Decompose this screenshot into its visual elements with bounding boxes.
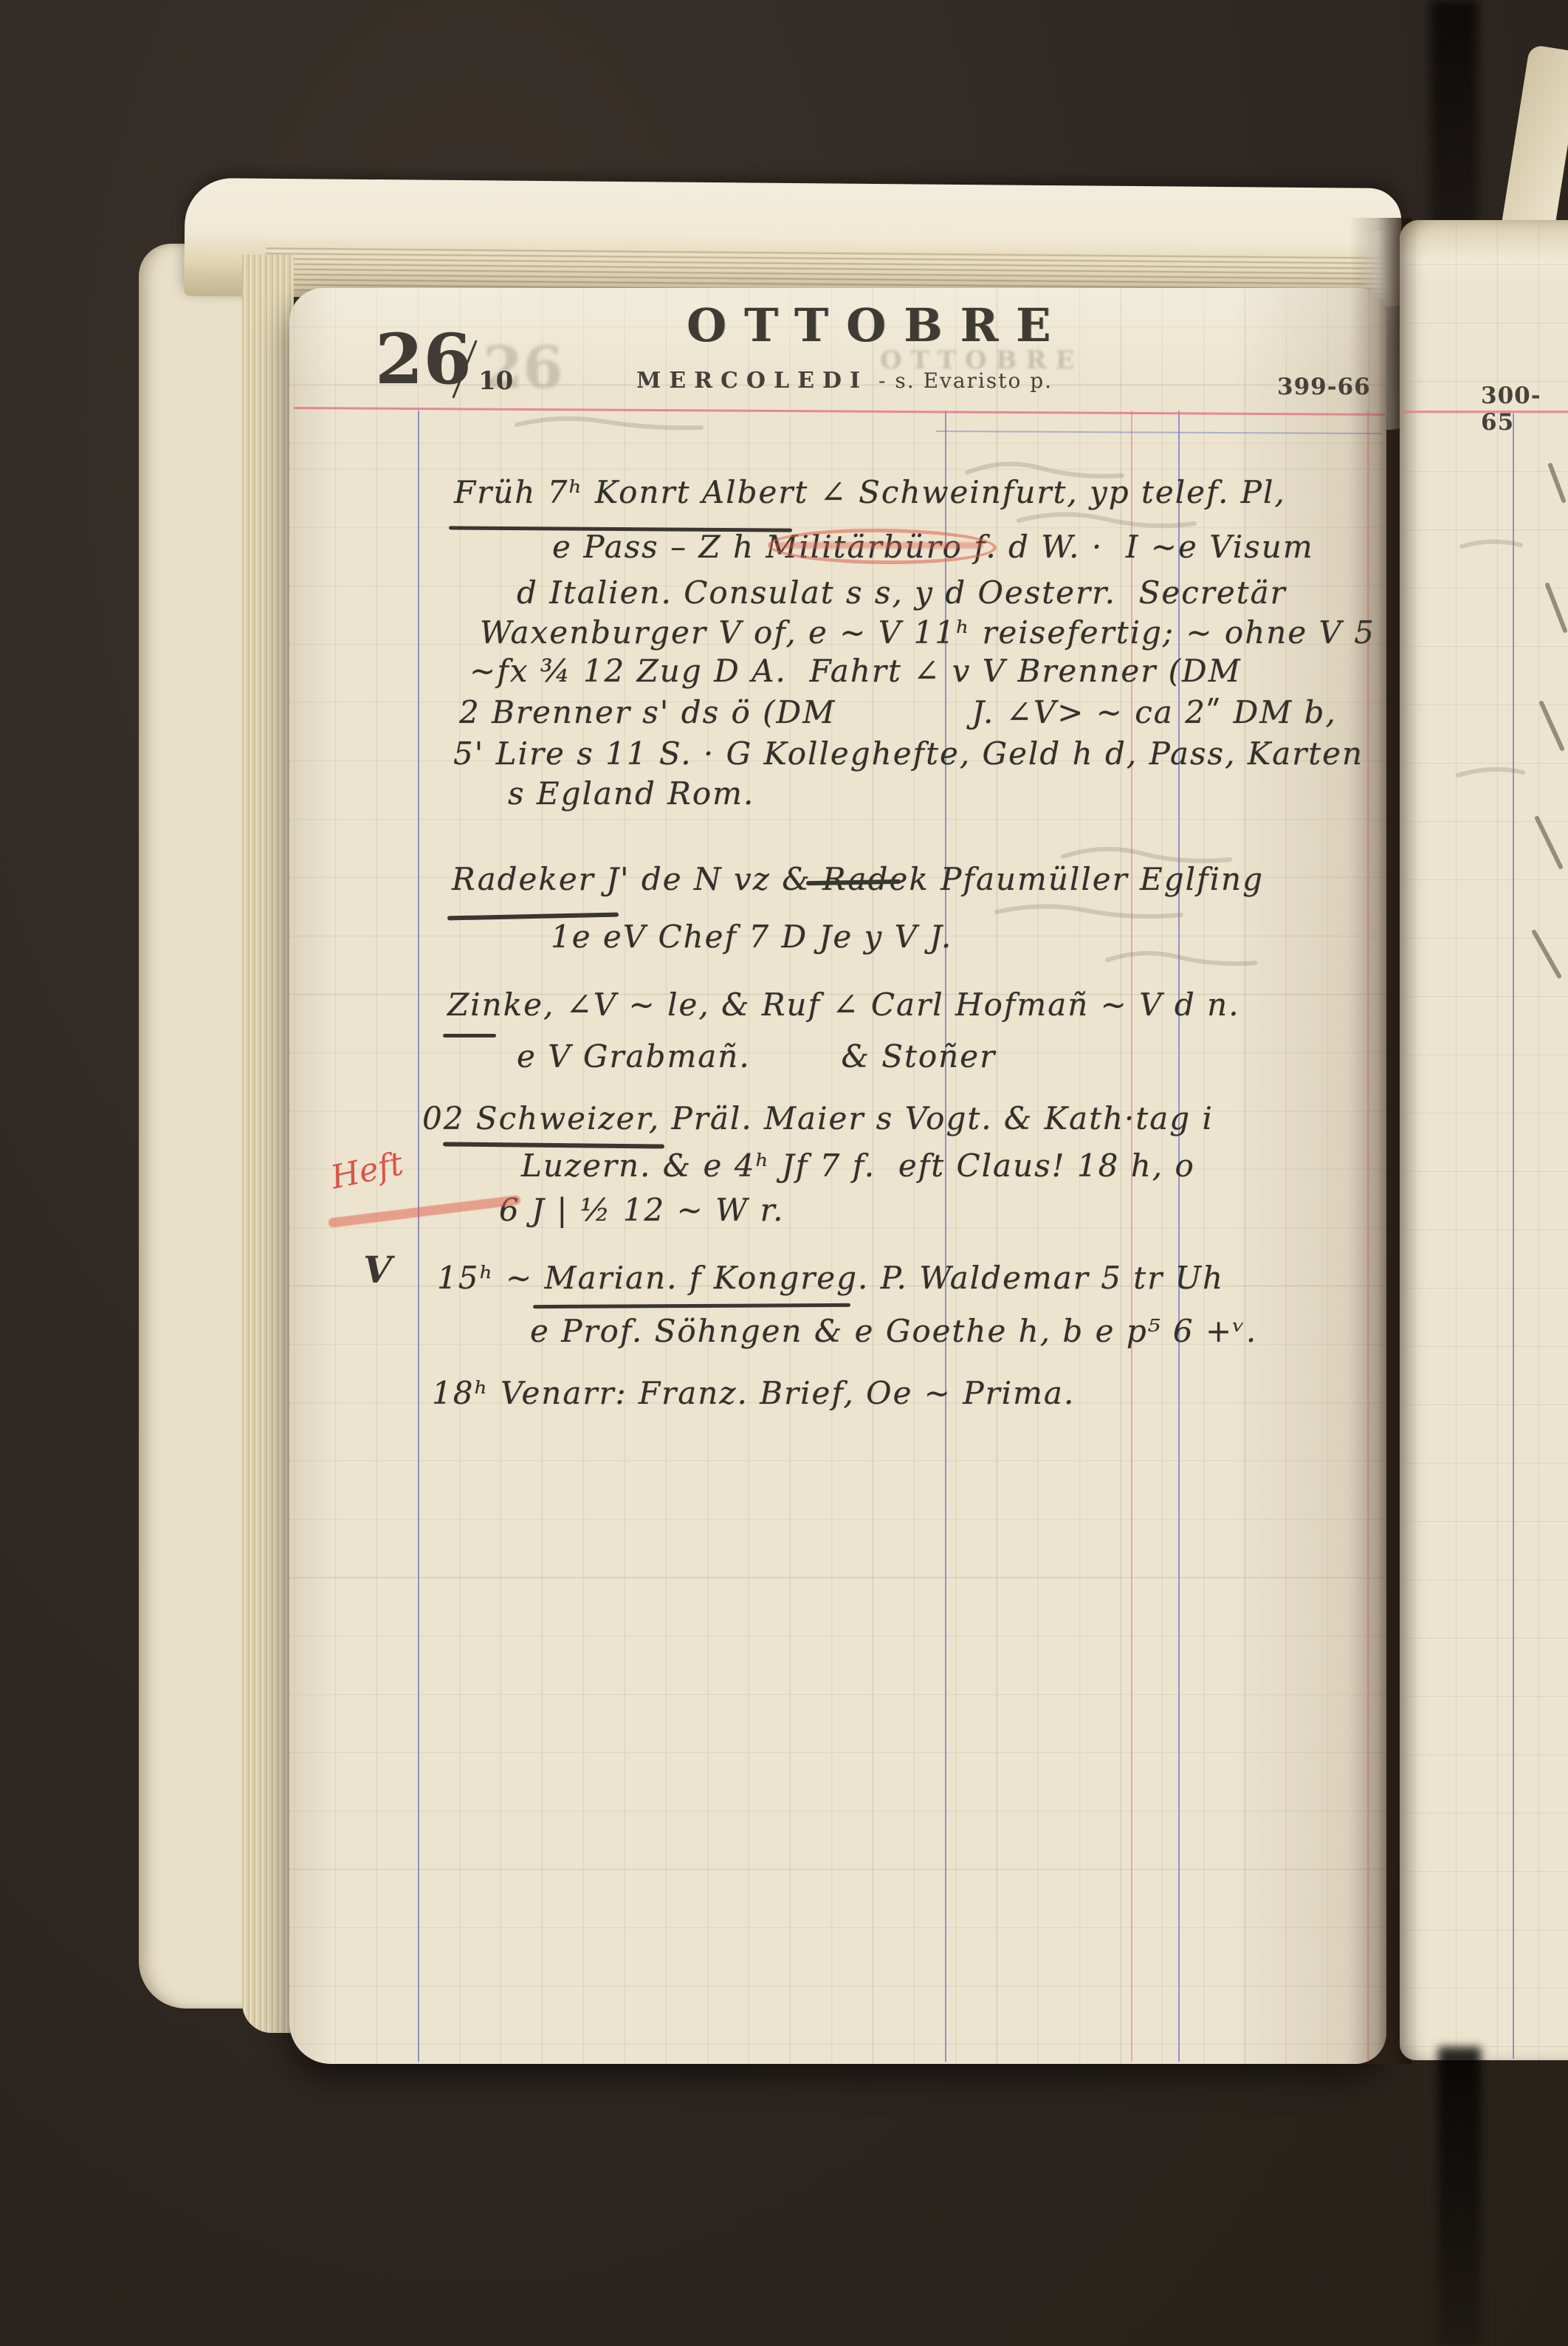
left-page-stack (242, 255, 294, 2033)
day-sub-number: 10 (478, 366, 513, 396)
hw-radeker-line-1: Radeker J' de N vz & Radek Pfaumüller Eg… (452, 861, 1264, 897)
hw-frueh-line-7: 5' Lire s 11 S. · G Kolleghefte, Geld h … (453, 735, 1364, 772)
page-code-right: 300-65 (1481, 383, 1568, 436)
hw-zinke-line-2: e V Grabmañ. & Stoñer (517, 1038, 996, 1074)
underline-zinke (443, 1034, 496, 1037)
month-title: OTTOBRE (687, 298, 1068, 352)
hw-frueh-line-6: 2 Brenner s' ds ö (DM J. ∠V> ~ ca 2ʺ DM … (459, 694, 1337, 730)
book-edge-shadow-bottom-right (1438, 2047, 1481, 2346)
saint-label: - s. Evaristo p. (878, 368, 1053, 393)
right-page-rule-blue-vertical (1513, 414, 1514, 2059)
hw-schweizer-line-2: Luzern. & e 4ʰ Jf 7 f. eft Claus! 18 h, … (521, 1148, 1195, 1184)
hw-frueh-line-4: Waxenburger V of, e ~ V 11ʰ reisefertig;… (480, 614, 1375, 651)
margin-checkmark: V (363, 1248, 392, 1292)
hw-zinke-line-1: Zinke, ∠V ~ le, & Ruf ∠ Carl Hofmañ ~ V … (447, 987, 1240, 1023)
red-strike-militaerbuero-fill (775, 542, 983, 549)
hw-marian-line-2: e Prof. Söhngen & e Goethe h, b e p⁵ 6 +… (530, 1313, 1257, 1349)
hw-marian-line-1: 15ʰ ~ Marian. f Kongreg. P. Waldemar 5 t… (437, 1260, 1224, 1296)
hw-venarr-line-1: 18ʰ Venarr: Franz. Brief, Oe ~ Prima. (432, 1375, 1075, 1411)
hw-frueh-line-5: ~fx ¾ 12 Zug D A. Fahrt ∠ v V Brenner (D… (470, 653, 1242, 689)
hw-radeker-line-2: 1e eV Chef 7 D Je y V J. (551, 919, 952, 955)
weekday-label: MERCOLEDI (636, 368, 868, 394)
hw-frueh-line-3: d Italien. Consulat s s, y d Oesterr. Se… (517, 575, 1287, 611)
right-page-grid-rules (1400, 220, 1568, 2060)
hw-schweizer-line-3: 6 J | ½ 12 ~ W r. (499, 1192, 785, 1228)
hw-frueh-line-1: Früh 7ʰ Konrt Albert ∠ Schweinfurt, yp t… (454, 474, 1286, 510)
scan-canvas: OTTOBRE 26 OTTOBRE 26 10 MERCOLEDI - s. … (0, 0, 1568, 2346)
hw-schweizer-line-1: 02 Schweizer, Präl. Maier s Vogt. & Kath… (422, 1100, 1214, 1136)
hw-frueh-line-8: s Egland Rom. (508, 775, 754, 812)
weekday-line: MERCOLEDI - s. Evaristo p. (636, 368, 1053, 394)
right-top-page-wedge (1500, 44, 1568, 239)
rule-blue-vertical-1 (418, 411, 419, 2062)
